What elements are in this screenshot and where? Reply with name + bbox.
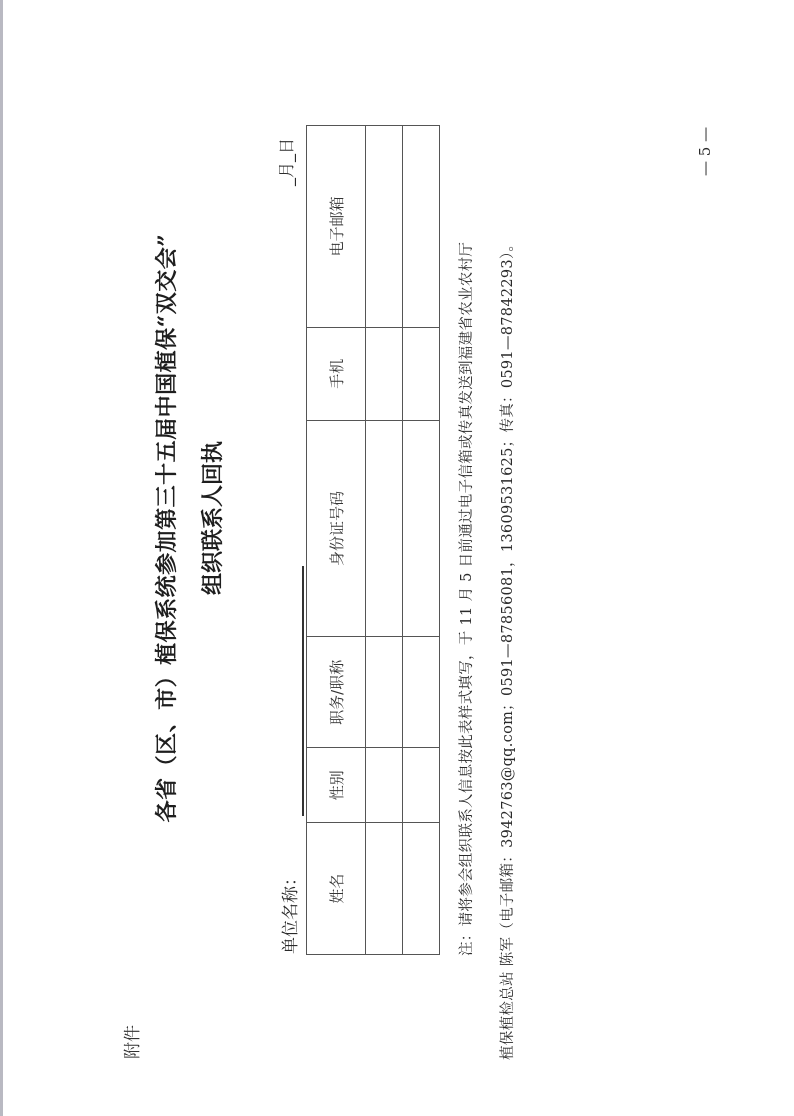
cell-name[interactable] <box>403 823 440 955</box>
cell-mobile[interactable] <box>366 327 403 420</box>
table-header-row: 姓名 性别 职务/职称 身份证号码 手机 电子邮箱 <box>307 126 366 955</box>
cell-position[interactable] <box>366 637 403 748</box>
cell-gender[interactable] <box>403 748 440 823</box>
cell-name[interactable] <box>366 823 403 955</box>
contact-form-table: 姓名 性别 职务/职称 身份证号码 手机 电子邮箱 <box>306 125 440 955</box>
header-mobile: 手机 <box>307 327 366 420</box>
header-id-number: 身份证号码 <box>307 420 366 637</box>
document-title: 各省（区、市）植保系统参加第三十五届中国植保“双交会” <box>150 0 181 1116</box>
date-field: _月_日 <box>274 138 297 186</box>
page-number: — 5 — <box>696 127 714 176</box>
table-row <box>403 126 440 955</box>
cell-position[interactable] <box>403 637 440 748</box>
cell-mobile[interactable] <box>403 327 440 420</box>
note-line-2: 植保植检总站 陈军（电子邮箱：3942763@qq.com；0591—87856… <box>496 237 517 1060</box>
cell-email[interactable] <box>366 126 403 328</box>
document-subtitle: 组织联系人回执 <box>196 0 227 1116</box>
cell-id-number[interactable] <box>366 420 403 637</box>
header-email: 电子邮箱 <box>307 126 366 328</box>
unit-name-label: 单位名称： <box>276 869 301 954</box>
attachment-label: 附件 <box>118 1025 143 1059</box>
unit-name-field[interactable] <box>302 566 304 816</box>
document-page: 附件 各省（区、市）植保系统参加第三十五届中国植保“双交会” 组织联系人回执 单… <box>0 0 794 1116</box>
table-row <box>366 126 403 955</box>
header-position: 职务/职称 <box>307 637 366 748</box>
cell-id-number[interactable] <box>403 420 440 637</box>
header-gender: 性别 <box>307 748 366 823</box>
cell-gender[interactable] <box>366 748 403 823</box>
header-name: 姓名 <box>307 823 366 955</box>
cell-email[interactable] <box>403 126 440 328</box>
note-line-1: 注：请将参会组织联系人信息按此表样式填写，于 11 月 5 日前通过电子信箱或传… <box>455 242 476 956</box>
